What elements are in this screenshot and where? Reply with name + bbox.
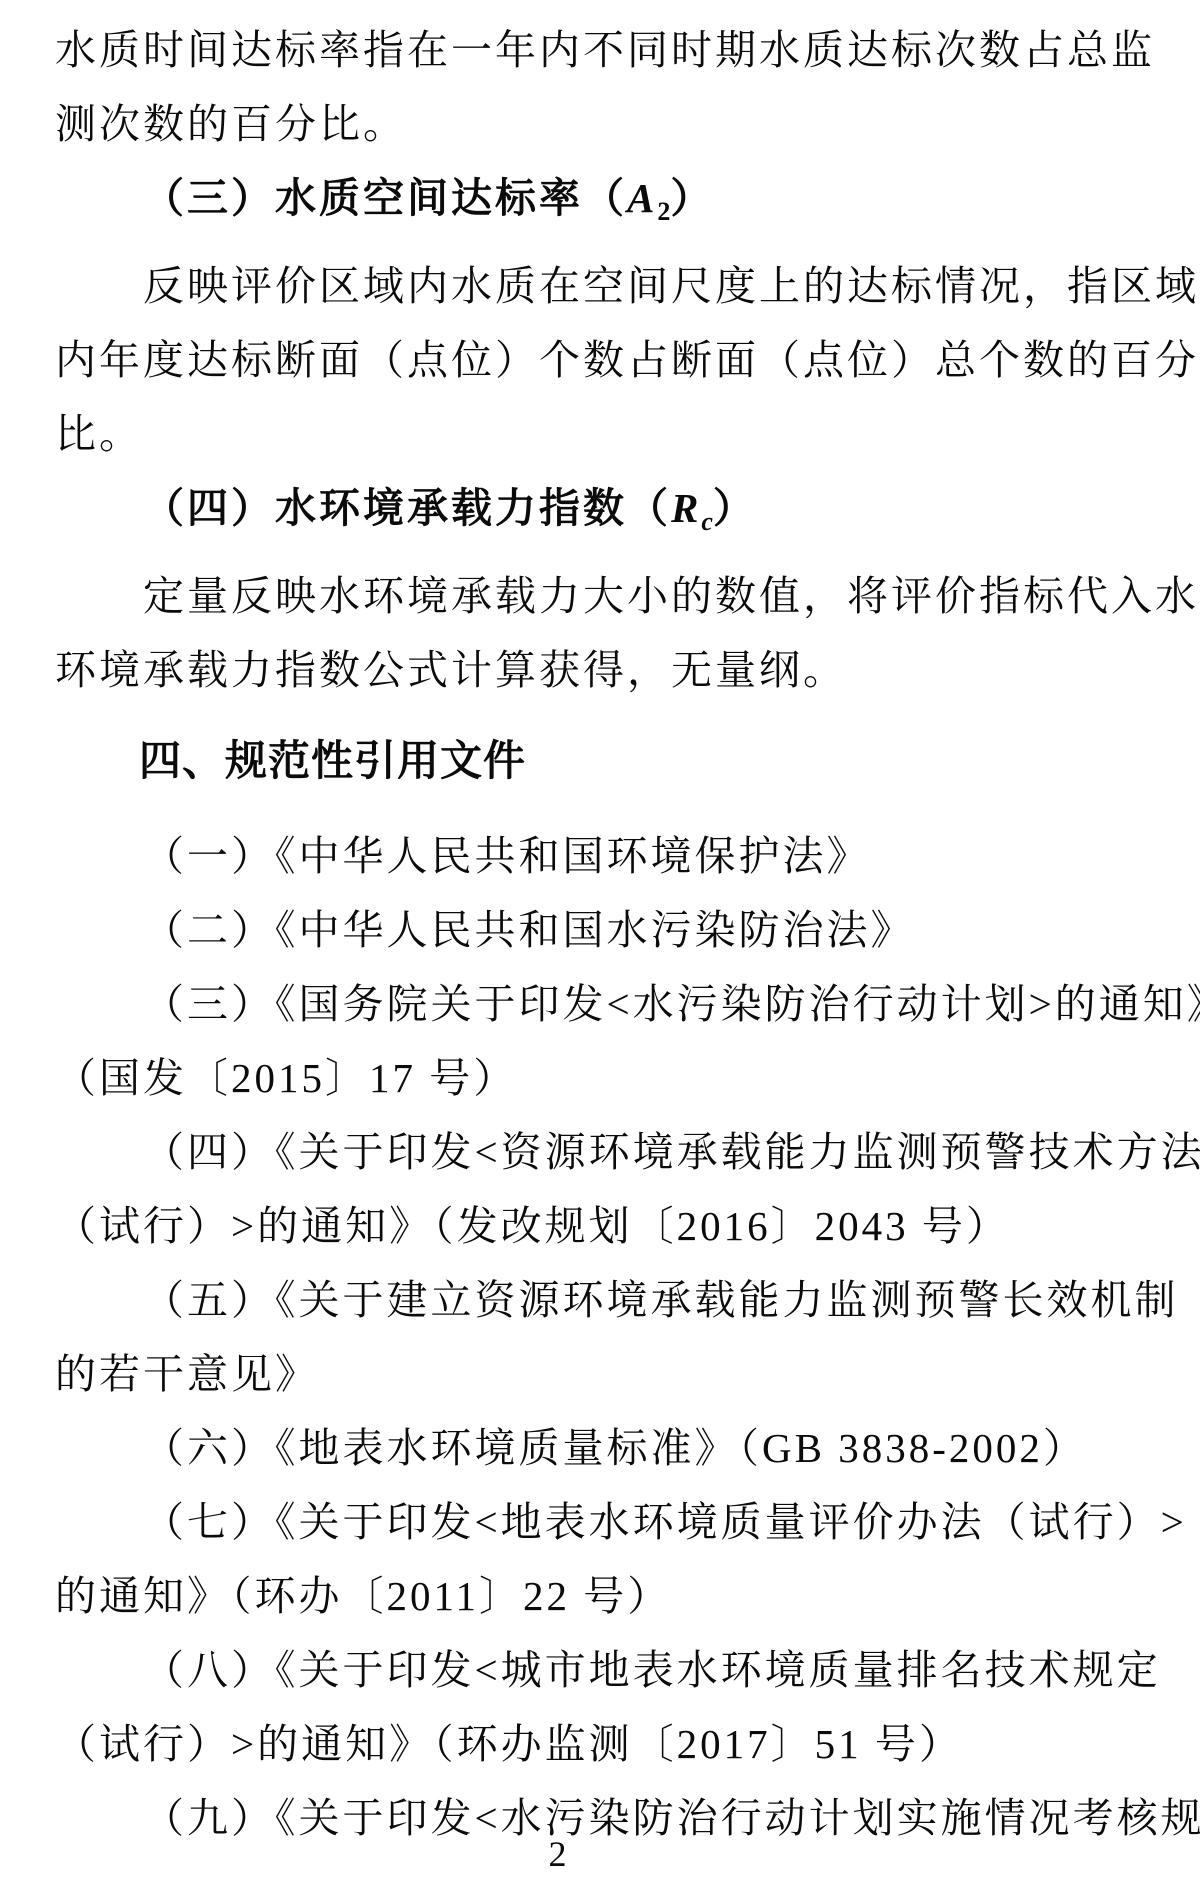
math-variable: c	[701, 507, 713, 536]
text-line: （四）《关于印发<资源环境承载能力监测预警技术方法	[55, 1115, 1162, 1189]
text-line: （试行）>的通知》（环办监测〔2017〕51 号）	[55, 1707, 1162, 1781]
text-line: （一）《中华人民共和国环境保护法》	[55, 819, 1162, 893]
document-body: 水质时间达标率指在一年内不同时期水质达标次数占总监测次数的百分比。（三）水质空间…	[0, 0, 1200, 1855]
text-line: 定量反映水环境承载力大小的数值，将评价指标代入水	[55, 559, 1162, 633]
paragraph: 定量反映水环境承载力大小的数值，将评价指标代入水环境承载力指数公式计算获得，无量…	[55, 559, 1162, 707]
paragraph: （八）《关于印发<城市地表水环境质量排名技术规定（试行）>的通知》（环办监测〔2…	[55, 1633, 1162, 1781]
text-line: （八）《关于印发<城市地表水环境质量排名技术规定	[55, 1633, 1162, 1707]
text-line: （试行）>的通知》（发改规划〔2016〕2043 号）	[55, 1189, 1162, 1263]
math-variable: 2	[657, 197, 670, 226]
text-line: （四）水环境承载力指数（Rc）	[55, 471, 1162, 559]
text-line: （三）水质空间达标率（A2）	[55, 161, 1162, 249]
text-line: （国发〔2015〕17 号）	[55, 1041, 1162, 1115]
math-variable: R	[671, 485, 701, 531]
text-segment: （四）水环境承载力指数（	[143, 485, 671, 531]
section-heading-sub: （三）水质空间达标率（A2）	[55, 161, 1162, 249]
text-line: （二）《中华人民共和国水污染防治法》	[55, 893, 1162, 967]
text-line: 四、规范性引用文件	[55, 721, 1162, 801]
text-line: （六）《地表水环境质量标准》（GB 3838-2002）	[55, 1411, 1162, 1485]
section-heading-main: 四、规范性引用文件	[55, 721, 1162, 801]
paragraph: 反映评价区域内水质在空间尺度上的达标情况，指区域内年度达标断面（点位）个数占断面…	[55, 249, 1162, 471]
text-line: 的通知》（环办〔2011〕22 号）	[55, 1559, 1162, 1633]
text-segment: （三）水质空间达标率（	[143, 175, 627, 221]
text-segment: ）	[670, 175, 714, 221]
text-line: 的若干意见》	[55, 1337, 1162, 1411]
paragraph: （五）《关于建立资源环境承载能力监测预警长效机制的若干意见》	[55, 1263, 1162, 1411]
text-line: （五）《关于建立资源环境承载能力监测预警长效机制	[55, 1263, 1162, 1337]
math-variable: A	[627, 175, 657, 221]
text-line: （三）《国务院关于印发<水污染防治行动计划>的通知》	[55, 967, 1162, 1041]
section-heading-sub: （四）水环境承载力指数（Rc）	[55, 471, 1162, 559]
paragraph: （六）《地表水环境质量标准》（GB 3838-2002）	[55, 1411, 1162, 1485]
paragraph: （三）《国务院关于印发<水污染防治行动计划>的通知》（国发〔2015〕17 号）	[55, 967, 1162, 1115]
paragraph: （一）《中华人民共和国环境保护法》	[55, 819, 1162, 893]
text-line: 水质时间达标率指在一年内不同时期水质达标次数占总监	[55, 13, 1162, 87]
text-line: 环境承载力指数公式计算获得，无量纲。	[55, 633, 1162, 707]
paragraph: 水质时间达标率指在一年内不同时期水质达标次数占总监测次数的百分比。	[55, 13, 1162, 161]
text-line: （七）《关于印发<地表水环境质量评价办法（试行）>	[55, 1485, 1162, 1559]
text-line: 内年度达标断面（点位）个数占断面（点位）总个数的百分	[55, 323, 1162, 397]
paragraph: （七）《关于印发<地表水环境质量评价办法（试行）>的通知》（环办〔2011〕22…	[55, 1485, 1162, 1633]
paragraph: （二）《中华人民共和国水污染防治法》	[55, 893, 1162, 967]
text-line: 测次数的百分比。	[55, 87, 1162, 161]
text-line: 反映评价区域内水质在空间尺度上的达标情况，指区域	[55, 249, 1162, 323]
paragraph: （四）《关于印发<资源环境承载能力监测预警技术方法（试行）>的通知》（发改规划〔…	[55, 1115, 1162, 1263]
page-number: 2	[0, 1832, 1115, 1876]
text-segment: ）	[713, 485, 757, 531]
document-page: 水质时间达标率指在一年内不同时期水质达标次数占总监测次数的百分比。（三）水质空间…	[0, 0, 1200, 1883]
text-line: 比。	[55, 397, 1162, 471]
